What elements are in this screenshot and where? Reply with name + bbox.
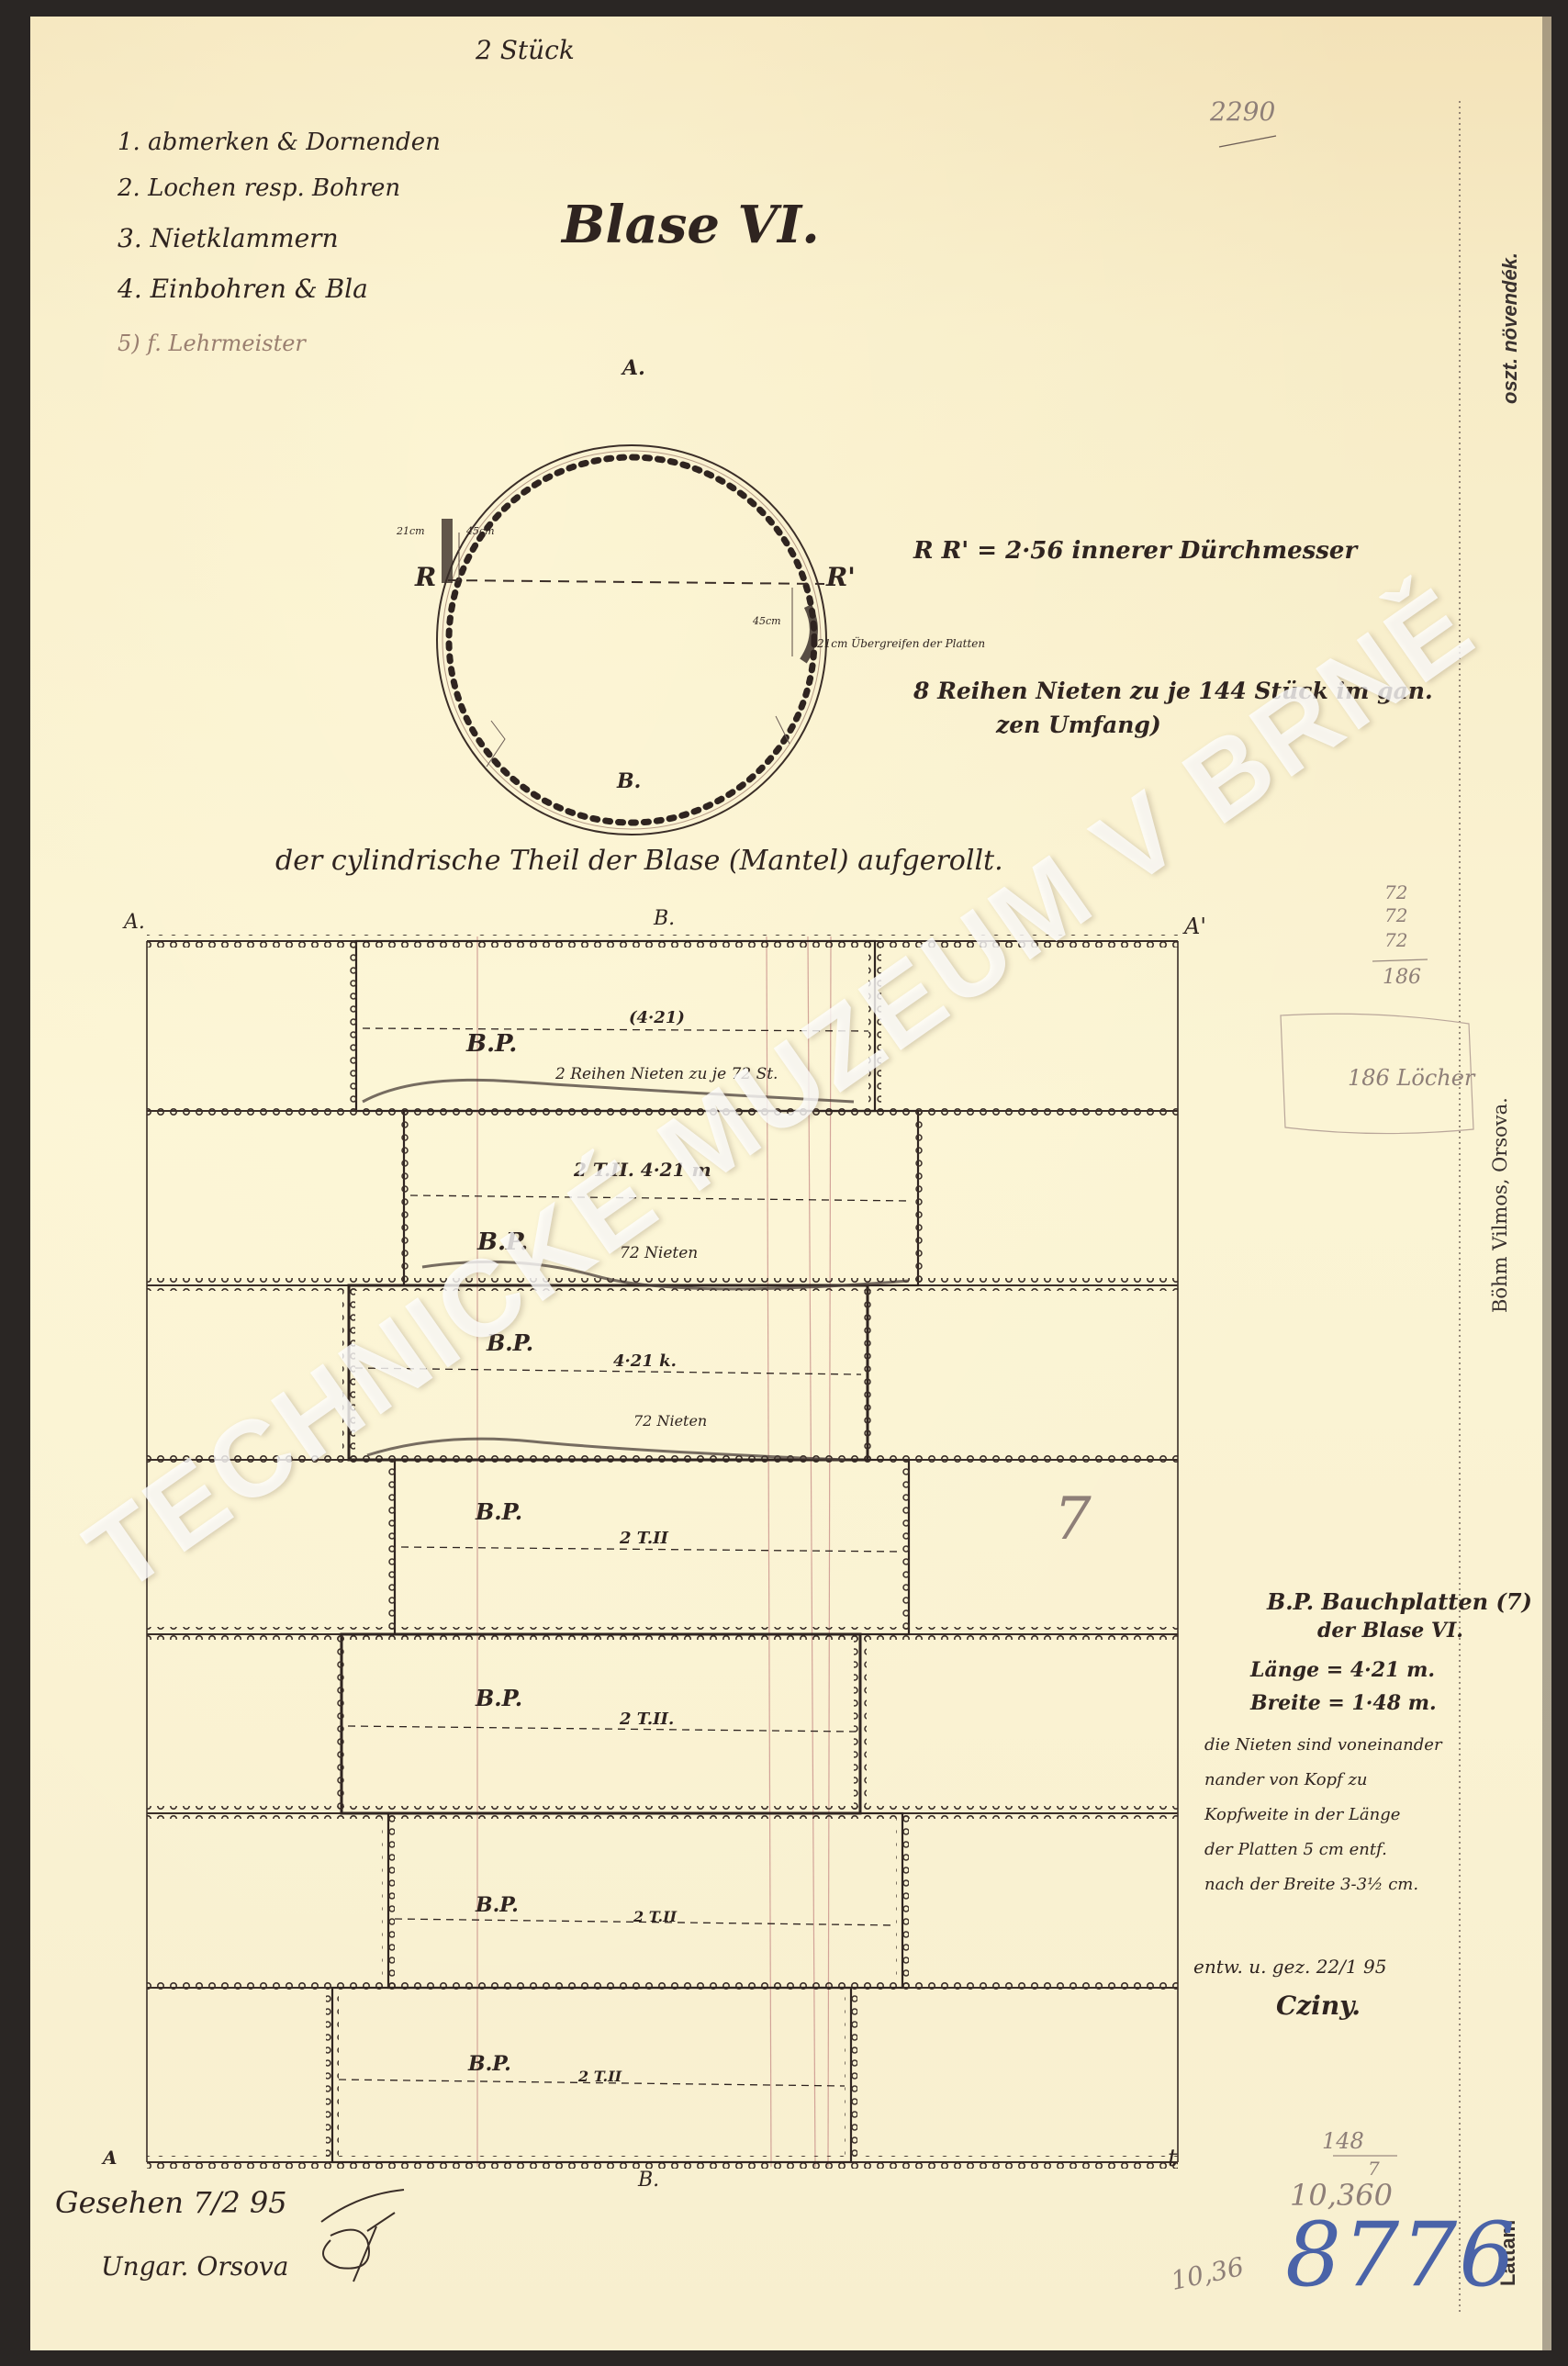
legend-length: Länge = 4·21 m. bbox=[1250, 1658, 1435, 1682]
calc-top: 148 bbox=[1322, 2128, 1364, 2154]
place-note: Ungar. Orsova bbox=[101, 2251, 288, 2282]
plate-label: B.P. bbox=[468, 2052, 511, 2076]
calc-value: 72 bbox=[1384, 881, 1407, 903]
circle-label-top: A. bbox=[622, 356, 645, 380]
initials-signature bbox=[303, 2185, 413, 2286]
seen-note: Gesehen 7/2 95 bbox=[55, 2185, 287, 2220]
dim-left-2: 45cm bbox=[466, 525, 495, 537]
page-title: Blase VI. bbox=[562, 195, 820, 255]
corner-top-mid: B. bbox=[654, 907, 675, 930]
corner-bottom-mid: B. bbox=[638, 2169, 659, 2192]
checklist-item: 1. abmerken & Dornenden bbox=[118, 129, 441, 156]
dim-left-1: 21cm bbox=[397, 525, 425, 537]
section-caption: der cylindrische Theil der Blase (Mantel… bbox=[275, 845, 1003, 877]
legend-width: Breite = 1·48 m. bbox=[1250, 1691, 1437, 1715]
approval-date: entw. u. gez. 22/1 95 bbox=[1193, 1956, 1386, 1978]
calc-value: 72 bbox=[1384, 929, 1407, 951]
plate-label: B.P. bbox=[476, 1893, 519, 1917]
legend-text: die Nieten sind voneinander bbox=[1204, 1735, 1442, 1755]
plate-dimension: 4·21 k. bbox=[613, 1351, 677, 1371]
checklist-item: 4. Einbohren & Bla bbox=[118, 274, 368, 304]
margin-print-middle: Böhm Vilmos, Orsova. bbox=[1489, 1097, 1511, 1313]
calc-sum: 186 bbox=[1383, 966, 1421, 989]
circle-label-bottom: B. bbox=[617, 769, 641, 793]
archive-number: 2290 bbox=[1210, 96, 1275, 127]
dim-right-1: 45cm bbox=[753, 615, 781, 627]
top-note: 2 Stück bbox=[476, 35, 575, 65]
blue-inventory-number: 8776 bbox=[1285, 2203, 1517, 2306]
calc-mid: 7 bbox=[1368, 2158, 1380, 2180]
legend-text: nander von Kopf zu bbox=[1204, 1770, 1368, 1789]
plate-dimension: (4·21) bbox=[629, 1008, 685, 1027]
legend-text: der Platten 5 cm entf. bbox=[1204, 1840, 1387, 1859]
plate-note: 72 Nieten bbox=[633, 1412, 707, 1430]
plate-dimension: 2 T.II bbox=[633, 1908, 677, 1925]
circle-label-right: R' bbox=[826, 562, 856, 592]
corner-bottom-left: A bbox=[103, 2147, 118, 2169]
plate-label: B.P. bbox=[466, 1030, 517, 1058]
diameter-note: R R' = 2·56 innerer Dürchmesser bbox=[913, 537, 1357, 565]
plate-label: B.P. bbox=[476, 1685, 522, 1711]
calc-value: 72 bbox=[1384, 904, 1407, 926]
corner-bottom-right: t bbox=[1168, 2145, 1177, 2172]
plate-dimension: 2 T.II bbox=[620, 1529, 668, 1548]
sketch-note: 186 Löcher bbox=[1348, 1065, 1474, 1091]
legend-text: Kopfweite in der Länge bbox=[1204, 1805, 1400, 1824]
corner-top-right: A' bbox=[1184, 914, 1206, 939]
legend-line1: B.P. Bauchplatten (7) bbox=[1267, 1588, 1532, 1615]
legend-text: nach der Breite 3-3½ cm. bbox=[1204, 1875, 1418, 1894]
legend-line2: der Blase VI. bbox=[1317, 1619, 1463, 1643]
checklist-item: 5) f. Lehrmeister bbox=[118, 331, 306, 356]
checklist-item: 2. Lochen resp. Bohren bbox=[118, 174, 400, 202]
plate-dimension: 2 T.II bbox=[578, 2068, 622, 2085]
pencil-seven: 7 bbox=[1054, 1486, 1092, 1553]
rivet-note-line2: zen Umfang) bbox=[996, 712, 1161, 738]
margin-print-top: oszt. növendék. bbox=[1498, 252, 1522, 404]
overlap-note: 21cm Übergreifen der Platten bbox=[817, 637, 985, 650]
signature: Cziny. bbox=[1276, 1990, 1361, 2021]
corner-top-left: A. bbox=[124, 911, 145, 934]
plate-label: B.P. bbox=[476, 1498, 522, 1525]
checklist-item: 3. Nietklammern bbox=[118, 223, 339, 253]
circle-label-left: R bbox=[415, 562, 436, 592]
plate-dimension: 2 T.II. bbox=[620, 1710, 674, 1729]
